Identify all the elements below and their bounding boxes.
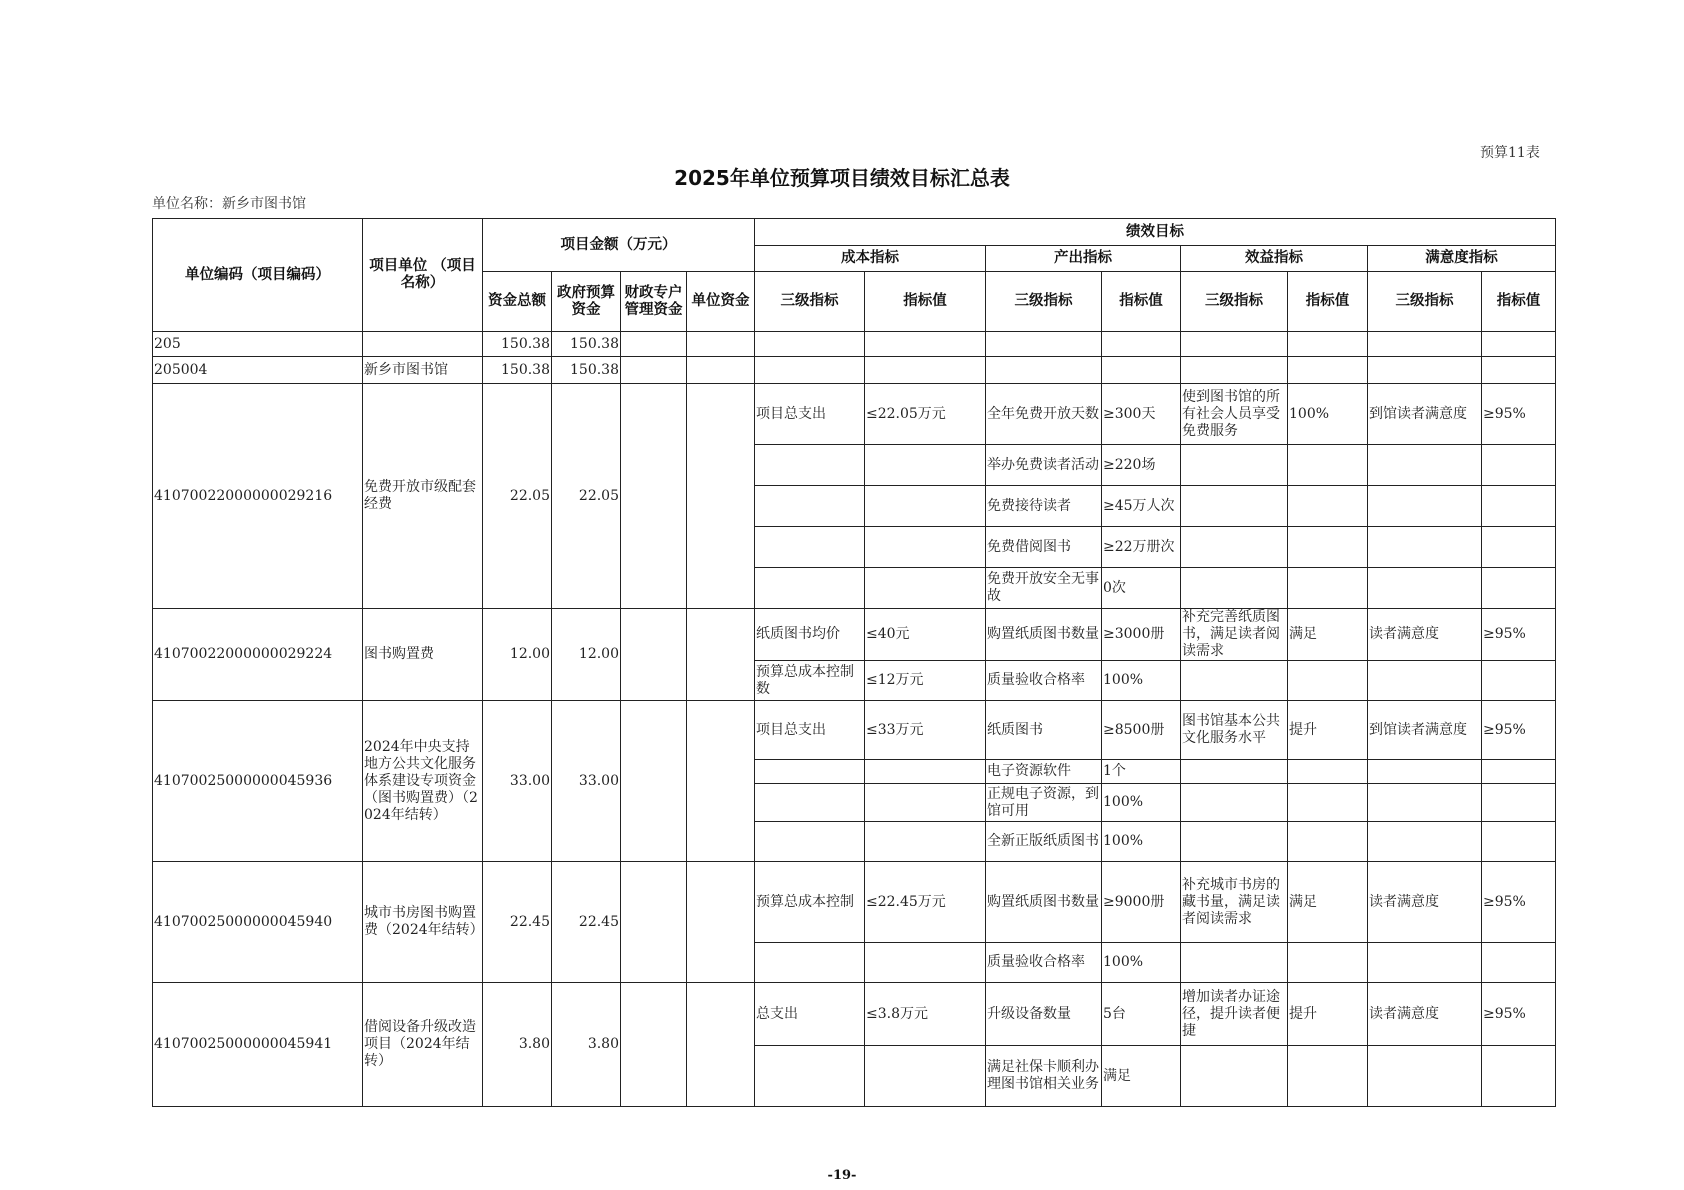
project-name-cell: 免费开放市级配套经费: [363, 384, 483, 609]
cost-indicator-cell: 项目总支出: [755, 701, 865, 760]
empty-indicator-cell: [1181, 332, 1288, 357]
unit-funds-cell: [687, 609, 755, 701]
satisfaction-value-cell: [1482, 760, 1556, 784]
benefit-value-cell: [1288, 568, 1368, 609]
output-value-cell: 0次: [1102, 568, 1181, 609]
satisfaction-value-cell: ≥95%: [1482, 701, 1556, 760]
satisfaction-indicator-cell: 读者满意度: [1368, 609, 1482, 661]
cost-indicator-cell: [755, 445, 865, 486]
table-row: 205004新乡市图书馆150.38150.38: [153, 357, 1556, 384]
output-indicator-cell: 购置纸质图书数量: [986, 862, 1102, 943]
output-value-cell: ≥9000册: [1102, 862, 1181, 943]
project-name-cell: 图书购置费: [363, 609, 483, 701]
cost-indicator-cell: [755, 760, 865, 784]
benefit-indicator-cell: [1181, 822, 1288, 862]
empty-indicator-cell: [1288, 332, 1368, 357]
table-row: 205150.38150.38: [153, 332, 1556, 357]
cost-value-cell: [865, 568, 986, 609]
satisfaction-indicator-cell: [1368, 568, 1482, 609]
performance-table: 单位编码（项目编码） 项目单位 （项目名称） 项目金额（万元） 绩效目标 成本指…: [152, 218, 1556, 1107]
empty-indicator-cell: [1288, 357, 1368, 384]
output-indicator-cell: 满足社保卡顺利办理图书馆相关业务: [986, 1046, 1102, 1107]
benefit-value-cell: 提升: [1288, 983, 1368, 1046]
table-row: 41070022000000029216免费开放市级配套经费22.0522.05…: [153, 384, 1556, 445]
satisfaction-value-cell: ≥95%: [1482, 384, 1556, 445]
total-funds-cell: 150.38: [483, 332, 552, 357]
output-value-cell: 100%: [1102, 943, 1181, 983]
cost-value-cell: [865, 486, 986, 527]
cost-value-cell: [865, 1046, 986, 1107]
cost-indicator-cell: 预算总成本控制数: [755, 661, 865, 701]
output-indicator-cell: 免费借阅图书: [986, 527, 1102, 568]
project-name-cell: 新乡市图书馆: [363, 357, 483, 384]
output-indicator-cell: 电子资源软件: [986, 760, 1102, 784]
output-indicator-cell: 免费接待读者: [986, 486, 1102, 527]
satisfaction-indicator-cell: 读者满意度: [1368, 983, 1482, 1046]
cost-value-cell: [865, 822, 986, 862]
total-funds-cell: 3.80: [483, 983, 552, 1107]
empty-indicator-cell: [1181, 357, 1288, 384]
benefit-value-cell: [1288, 486, 1368, 527]
project-code-cell: 41070022000000029216: [153, 384, 363, 609]
empty-indicator-cell: [1482, 332, 1556, 357]
output-value-cell: ≥300天: [1102, 384, 1181, 445]
empty-indicator-cell: [986, 357, 1102, 384]
unit-funds-cell: [687, 701, 755, 862]
project-name-cell: 借阅设备升级改造项目（2024年结转）: [363, 983, 483, 1107]
header-unit-code: 单位编码（项目编码）: [153, 219, 363, 332]
satisfaction-indicator-cell: [1368, 445, 1482, 486]
cost-value-cell: ≤3.8万元: [865, 983, 986, 1046]
satisfaction-indicator-cell: [1368, 943, 1482, 983]
cost-indicator-cell: 总支出: [755, 983, 865, 1046]
cost-indicator-cell: [755, 1046, 865, 1107]
output-value-cell: 1个: [1102, 760, 1181, 784]
header-output-level3: 三级指标: [986, 272, 1102, 332]
header-benefit-level3: 三级指标: [1181, 272, 1288, 332]
benefit-indicator-cell: 使到图书馆的所有社会人员享受免费服务: [1181, 384, 1288, 445]
output-indicator-cell: 全新正版纸质图书: [986, 822, 1102, 862]
cost-indicator-cell: [755, 784, 865, 822]
header-unit-funds: 单位资金: [687, 272, 755, 332]
total-funds-cell: 12.00: [483, 609, 552, 701]
cost-value-cell: [865, 445, 986, 486]
gov-budget-cell: 150.38: [552, 332, 621, 357]
unit-funds-cell: [687, 862, 755, 983]
header-satisfaction-indicator: 满意度指标: [1368, 246, 1556, 272]
empty-indicator-cell: [755, 357, 865, 384]
benefit-value-cell: [1288, 527, 1368, 568]
output-indicator-cell: 质量验收合格率: [986, 661, 1102, 701]
total-funds-cell: 33.00: [483, 701, 552, 862]
header-benefit-indicator: 效益指标: [1181, 246, 1368, 272]
table-row: 41070022000000029224图书购置费12.0012.00纸质图书均…: [153, 609, 1556, 661]
empty-indicator-cell: [986, 332, 1102, 357]
unit-name-label: 单位名称：新乡市图书馆: [152, 193, 306, 213]
benefit-indicator-cell: [1181, 568, 1288, 609]
table-body: 205150.38150.38205004新乡市图书馆150.38150.384…: [153, 332, 1556, 1107]
empty-indicator-cell: [1368, 332, 1482, 357]
benefit-indicator-cell: 图书馆基本公共文化服务水平: [1181, 701, 1288, 760]
fiscal-special-cell: [621, 983, 687, 1107]
output-value-cell: ≥22万册次: [1102, 527, 1181, 568]
satisfaction-indicator-cell: [1368, 1046, 1482, 1107]
project-code-cell: 41070022000000029224: [153, 609, 363, 701]
project-name-cell: 2024年中央支持地方公共文化服务体系建设专项资金（图书购置费）（2024年结转…: [363, 701, 483, 862]
empty-indicator-cell: [1482, 357, 1556, 384]
satisfaction-indicator-cell: 到馆读者满意度: [1368, 384, 1482, 445]
benefit-indicator-cell: 补充城市书房的藏书量，满足读者阅读需求: [1181, 862, 1288, 943]
gov-budget-cell: 22.05: [552, 384, 621, 609]
output-indicator-cell: 全年免费开放天数: [986, 384, 1102, 445]
cost-value-cell: [865, 527, 986, 568]
satisfaction-value-cell: ≥95%: [1482, 983, 1556, 1046]
output-value-cell: 5台: [1102, 983, 1181, 1046]
satisfaction-value-cell: [1482, 784, 1556, 822]
output-value-cell: 100%: [1102, 784, 1181, 822]
fiscal-special-cell: [621, 384, 687, 609]
output-value-cell: ≥45万人次: [1102, 486, 1181, 527]
benefit-value-cell: [1288, 784, 1368, 822]
output-value-cell: 满足: [1102, 1046, 1181, 1107]
cost-indicator-cell: 项目总支出: [755, 384, 865, 445]
gov-budget-cell: 22.45: [552, 862, 621, 983]
table-row: 41070025000000045940城市书房图书购置费（2024年结转）22…: [153, 862, 1556, 943]
header-gov-budget: 政府预算资金: [552, 272, 621, 332]
output-value-cell: ≥220场: [1102, 445, 1181, 486]
project-name-cell: [363, 332, 483, 357]
header-cost-level3: 三级指标: [755, 272, 865, 332]
benefit-value-cell: 提升: [1288, 701, 1368, 760]
form-number: 预算11表: [1480, 142, 1540, 162]
satisfaction-value-cell: ≥95%: [1482, 609, 1556, 661]
output-indicator-cell: 免费开放安全无事故: [986, 568, 1102, 609]
satisfaction-indicator-cell: 读者满意度: [1368, 862, 1482, 943]
cost-indicator-cell: 纸质图书均价: [755, 609, 865, 661]
fiscal-special-cell: [621, 862, 687, 983]
unit-funds-cell: [687, 332, 755, 357]
benefit-indicator-cell: [1181, 943, 1288, 983]
fiscal-special-cell: [621, 701, 687, 862]
satisfaction-value-cell: [1482, 445, 1556, 486]
unit-funds-cell: [687, 357, 755, 384]
benefit-indicator-cell: [1181, 784, 1288, 822]
output-value-cell: 100%: [1102, 822, 1181, 862]
page-title: 2025年单位预算项目绩效目标汇总表: [0, 162, 1684, 191]
satisfaction-value-cell: [1482, 527, 1556, 568]
total-funds-cell: 22.05: [483, 384, 552, 609]
benefit-indicator-cell: [1181, 661, 1288, 701]
benefit-value-cell: [1288, 661, 1368, 701]
fiscal-special-cell: [621, 332, 687, 357]
benefit-value-cell: [1288, 822, 1368, 862]
satisfaction-value-cell: [1482, 822, 1556, 862]
cost-value-cell: ≤12万元: [865, 661, 986, 701]
benefit-value-cell: 100%: [1288, 384, 1368, 445]
project-name-cell: 城市书房图书购置费（2024年结转）: [363, 862, 483, 983]
satisfaction-value-cell: [1482, 661, 1556, 701]
satisfaction-indicator-cell: [1368, 661, 1482, 701]
empty-indicator-cell: [865, 332, 986, 357]
cost-indicator-cell: [755, 527, 865, 568]
cost-value-cell: ≤22.05万元: [865, 384, 986, 445]
output-indicator-cell: 正规电子资源，到馆可用: [986, 784, 1102, 822]
unit-code-cell: 205: [153, 332, 363, 357]
satisfaction-value-cell: [1482, 486, 1556, 527]
benefit-value-cell: [1288, 445, 1368, 486]
table-row: 410700250000000459362024年中央支持地方公共文化服务体系建…: [153, 701, 1556, 760]
project-code-cell: 41070025000000045936: [153, 701, 363, 862]
output-indicator-cell: 升级设备数量: [986, 983, 1102, 1046]
header-project-unit: 项目单位 （项目名称）: [363, 219, 483, 332]
gov-budget-cell: 150.38: [552, 357, 621, 384]
empty-indicator-cell: [1102, 332, 1181, 357]
header-cost-indicator: 成本指标: [755, 246, 986, 272]
satisfaction-value-cell: [1482, 943, 1556, 983]
cost-value-cell: [865, 943, 986, 983]
satisfaction-indicator-cell: [1368, 486, 1482, 527]
satisfaction-value-cell: [1482, 1046, 1556, 1107]
satisfaction-indicator-cell: [1368, 760, 1482, 784]
cost-value-cell: [865, 760, 986, 784]
output-value-cell: ≥8500册: [1102, 701, 1181, 760]
cost-indicator-cell: [755, 943, 865, 983]
fiscal-special-cell: [621, 609, 687, 701]
benefit-value-cell: [1288, 760, 1368, 784]
total-funds-cell: 22.45: [483, 862, 552, 983]
header-output-indicator: 产出指标: [986, 246, 1181, 272]
satisfaction-value-cell: ≥95%: [1482, 862, 1556, 943]
page-number: -19-: [0, 1168, 1684, 1183]
cost-indicator-cell: [755, 822, 865, 862]
benefit-indicator-cell: [1181, 1046, 1288, 1107]
benefit-indicator-cell: [1181, 760, 1288, 784]
gov-budget-cell: 12.00: [552, 609, 621, 701]
gov-budget-cell: 3.80: [552, 983, 621, 1107]
table-row: 41070025000000045941借阅设备升级改造项目（2024年结转）3…: [153, 983, 1556, 1046]
satisfaction-indicator-cell: 到馆读者满意度: [1368, 701, 1482, 760]
unit-code-cell: 205004: [153, 357, 363, 384]
project-code-cell: 41070025000000045940: [153, 862, 363, 983]
satisfaction-indicator-cell: [1368, 784, 1482, 822]
empty-indicator-cell: [865, 357, 986, 384]
output-indicator-cell: 质量验收合格率: [986, 943, 1102, 983]
unit-funds-cell: [687, 983, 755, 1107]
benefit-value-cell: [1288, 1046, 1368, 1107]
total-funds-cell: 150.38: [483, 357, 552, 384]
cost-indicator-cell: [755, 568, 865, 609]
cost-value-cell: ≤22.45万元: [865, 862, 986, 943]
benefit-indicator-cell: [1181, 445, 1288, 486]
fiscal-special-cell: [621, 357, 687, 384]
header-output-value: 指标值: [1102, 272, 1181, 332]
cost-indicator-cell: [755, 486, 865, 527]
header-fiscal-special: 财政专户管理资金: [621, 272, 687, 332]
unit-funds-cell: [687, 384, 755, 609]
header-total-funds: 资金总额: [483, 272, 552, 332]
header-satisfaction-value: 指标值: [1482, 272, 1556, 332]
project-code-cell: 41070025000000045941: [153, 983, 363, 1107]
output-indicator-cell: 举办免费读者活动: [986, 445, 1102, 486]
cost-value-cell: ≤33万元: [865, 701, 986, 760]
benefit-indicator-cell: [1181, 486, 1288, 527]
header-benefit-value: 指标值: [1288, 272, 1368, 332]
benefit-indicator-cell: 补充完善纸质图书，满足读者阅读需求: [1181, 609, 1288, 661]
output-value-cell: ≥3000册: [1102, 609, 1181, 661]
cost-indicator-cell: 预算总成本控制: [755, 862, 865, 943]
benefit-indicator-cell: [1181, 527, 1288, 568]
empty-indicator-cell: [1102, 357, 1181, 384]
benefit-value-cell: 满足: [1288, 609, 1368, 661]
output-indicator-cell: 购置纸质图书数量: [986, 609, 1102, 661]
satisfaction-indicator-cell: [1368, 527, 1482, 568]
satisfaction-indicator-cell: [1368, 822, 1482, 862]
header-cost-value: 指标值: [865, 272, 986, 332]
gov-budget-cell: 33.00: [552, 701, 621, 862]
benefit-value-cell: [1288, 943, 1368, 983]
cost-value-cell: ≤40元: [865, 609, 986, 661]
empty-indicator-cell: [755, 332, 865, 357]
benefit-indicator-cell: 增加读者办证途径，提升读者便捷: [1181, 983, 1288, 1046]
benefit-value-cell: 满足: [1288, 862, 1368, 943]
header-amount-group: 项目金额（万元）: [483, 219, 755, 272]
output-indicator-cell: 纸质图书: [986, 701, 1102, 760]
header-performance-goal: 绩效目标: [755, 219, 1556, 246]
output-value-cell: 100%: [1102, 661, 1181, 701]
header-satisfaction-level3: 三级指标: [1368, 272, 1482, 332]
empty-indicator-cell: [1368, 357, 1482, 384]
satisfaction-value-cell: [1482, 568, 1556, 609]
cost-value-cell: [865, 784, 986, 822]
